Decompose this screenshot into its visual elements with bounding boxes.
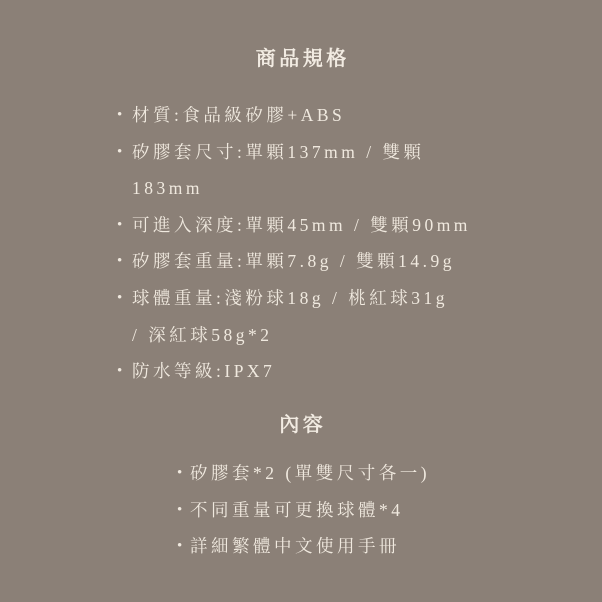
bullet-icon: • bbox=[117, 280, 132, 317]
spec-text-continued: 183mm bbox=[132, 170, 424, 207]
specs-section-title: 商品規格 bbox=[0, 42, 602, 71]
spec-item-waterproof-rating: • 防水等級:IPX7 bbox=[117, 353, 471, 390]
spec-item-sleeve-weight: • 矽膠套重量:單顆7.8g / 雙顆14.9g bbox=[117, 243, 471, 280]
bullet-icon: • bbox=[177, 528, 190, 565]
spec-text-continued: / 深紅球58g*2 bbox=[132, 317, 448, 354]
content-item-sleeves: • 矽膠套*2 (單雙尺寸各一) bbox=[177, 455, 430, 492]
content-item-balls: • 不同重量可更換球體*4 bbox=[177, 492, 430, 529]
content-text: 矽膠套*2 (單雙尺寸各一) bbox=[190, 455, 430, 492]
spec-item-material: • 材質:食品級矽膠+ABS bbox=[117, 97, 471, 134]
spec-text: 材質:食品級矽膠+ABS bbox=[132, 97, 345, 134]
spec-item-ball-weight: • 球體重量:淺粉球18g / 桃紅球31g / 深紅球58g*2 bbox=[117, 280, 471, 353]
content-list: • 矽膠套*2 (單雙尺寸各一) • 不同重量可更換球體*4 • 詳細繁體中文使… bbox=[177, 455, 430, 565]
content-text: 詳細繁體中文使用手冊 bbox=[190, 528, 400, 565]
product-spec-card: 商品規格 • 材質:食品級矽膠+ABS • 矽膠套尺寸:單顆137mm / 雙顆… bbox=[0, 0, 602, 602]
spec-item-sleeve-size: • 矽膠套尺寸:單顆137mm / 雙顆 183mm bbox=[117, 134, 471, 207]
spec-text: 可進入深度:單顆45mm / 雙顆90mm bbox=[132, 207, 471, 244]
spec-text: 球體重量:淺粉球18g / 桃紅球31g bbox=[132, 280, 448, 317]
bullet-icon: • bbox=[177, 455, 190, 492]
content-text: 不同重量可更換球體*4 bbox=[190, 492, 404, 529]
spec-text: 防水等級:IPX7 bbox=[132, 353, 275, 390]
spec-list: • 材質:食品級矽膠+ABS • 矽膠套尺寸:單顆137mm / 雙顆 183m… bbox=[117, 97, 471, 390]
spec-text: 矽膠套尺寸:單顆137mm / 雙顆 bbox=[132, 134, 424, 171]
contents-section-title: 內容 bbox=[0, 408, 602, 437]
spec-item-insertable-depth: • 可進入深度:單顆45mm / 雙顆90mm bbox=[117, 207, 471, 244]
bullet-icon: • bbox=[117, 207, 132, 244]
bullet-icon: • bbox=[117, 97, 132, 134]
spec-text: 矽膠套重量:單顆7.8g / 雙顆14.9g bbox=[132, 243, 455, 280]
bullet-icon: • bbox=[117, 353, 132, 390]
bullet-icon: • bbox=[177, 492, 190, 529]
content-item-manual: • 詳細繁體中文使用手冊 bbox=[177, 528, 430, 565]
bullet-icon: • bbox=[117, 243, 132, 280]
bullet-icon: • bbox=[117, 134, 132, 171]
